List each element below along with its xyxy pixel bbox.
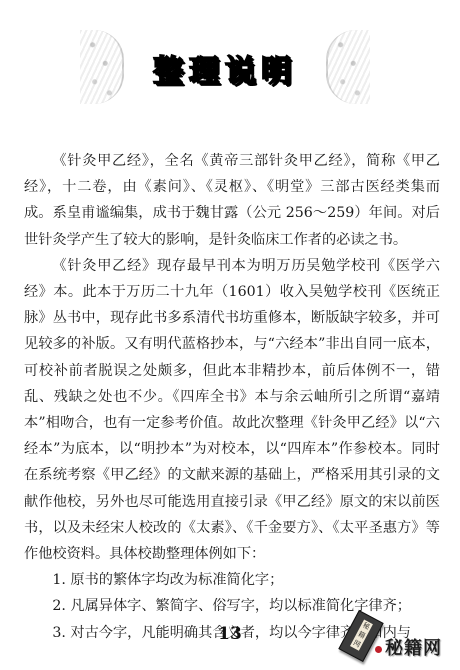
body-text: 《针灸甲乙经》，全名《黄帝三部针灸甲乙经》，简称《甲乙经》，十二卷，由《素问》、… (24, 148, 440, 646)
seal-icon (375, 646, 382, 653)
page-title: 整理说明 (80, 46, 370, 90)
book-icon: 秘籍网 (338, 610, 383, 662)
watermark-text: 秘籍网 (385, 634, 442, 660)
paragraph-editions: 《针灸甲乙经》现存最早刊本为明万历吴勉学校刊《医学六经》本。此本于万历二十九年（… (24, 253, 440, 567)
watermark-logo: 秘籍网 秘籍网 (345, 612, 457, 668)
paragraph-intro: 《针灸甲乙经》，全名《黄帝三部针灸甲乙经》，简称《甲乙经》，十二卷，由《素问》、… (24, 148, 440, 253)
book-label: 秘籍网 (350, 620, 373, 651)
rule-item-1: 1. 原书的繁体字均改为标准简化字； (24, 567, 440, 593)
title-banner: 整理说明 (80, 28, 370, 106)
